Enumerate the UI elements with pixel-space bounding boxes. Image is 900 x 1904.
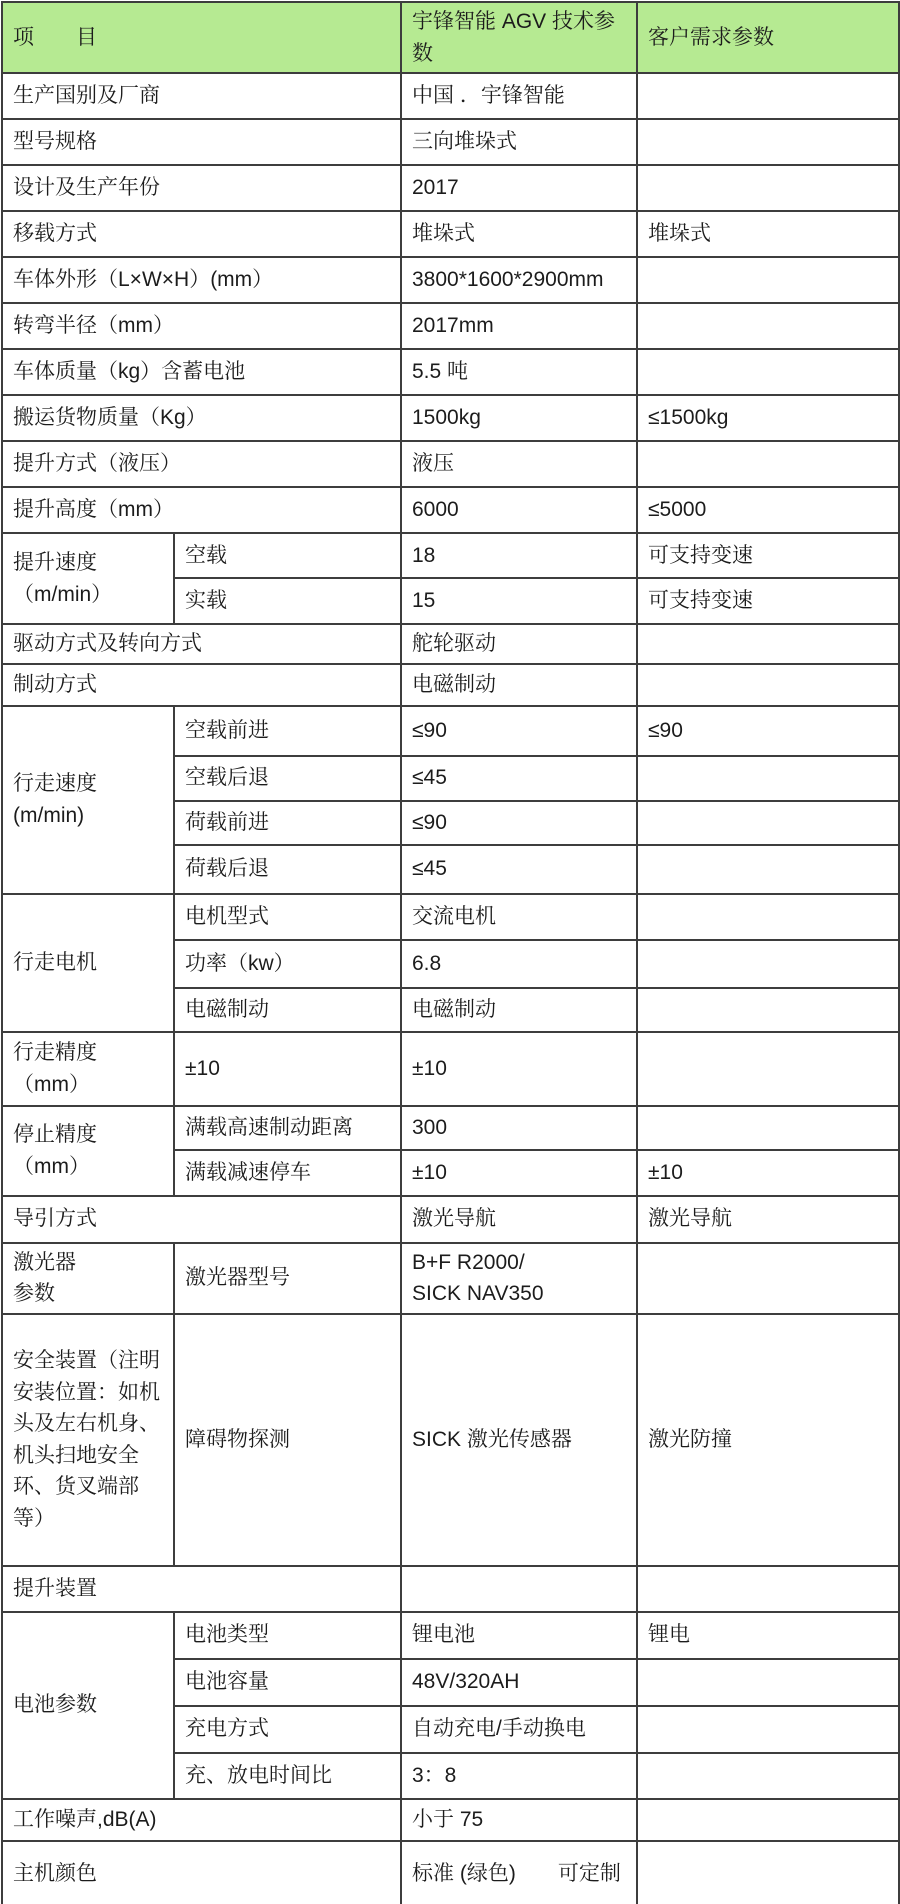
cell-customer-value (637, 441, 899, 487)
cell-sub-label: 满载高速制动距离 (174, 1106, 401, 1150)
cell-sub-label: 障碍物探测 (174, 1314, 401, 1566)
cell-customer-value: 激光导航 (637, 1196, 899, 1243)
cell-tech-value: 激光导航 (401, 1196, 637, 1243)
cell-tech-value: 中国 ．宇锋智能 (401, 73, 637, 119)
cell-tech-value: 6000 (401, 487, 637, 533)
cell-customer-value (637, 1032, 899, 1106)
row-year: 设计及生产年份 2017 (2, 165, 899, 211)
cell-tech-value: SICK 激光传感器 (401, 1314, 637, 1566)
cell-customer-value (637, 165, 899, 211)
cell-label: 转弯半径（mm） (2, 303, 401, 349)
cell-group-label: 行走电机 (2, 894, 174, 1032)
row-laser: 激光器 参数 激光器型号 B+F R2000/ SICK NAV350 (2, 1243, 899, 1314)
cell-tech-value: 300 (401, 1106, 637, 1150)
row-travel-accuracy: 行走精度 （mm） ±10 ±10 (2, 1032, 899, 1106)
row-lift-speed-empty: 提升速度 （m/min） 空载 18 可支持变速 (2, 533, 899, 578)
cell-sub-label: 荷载前进 (174, 801, 401, 845)
row-stop-accuracy-1: 停止精度 （mm） 满载高速制动距离 300 (2, 1106, 899, 1150)
row-safety: 安全装置（注明安装位置：如机头及左右机身、机头扫地安全环、货叉端部等） 障碍物探… (2, 1314, 899, 1566)
cell-customer-value: 激光防撞 (637, 1314, 899, 1566)
cell-group-label: 激光器 参数 (2, 1243, 174, 1314)
header-cell-customer: 客户需求参数 (637, 2, 899, 73)
cell-tech-value: 3800*1600*2900mm (401, 257, 637, 303)
cell-customer-value: 堆垛式 (637, 211, 899, 257)
cell-customer-value: 可支持变速 (637, 533, 899, 578)
row-origin: 生产国别及厂商 中国 ．宇锋智能 (2, 73, 899, 119)
cell-customer-value (637, 624, 899, 664)
row-model: 型号规格 三向堆垛式 (2, 119, 899, 165)
cell-sub-label: 电池类型 (174, 1612, 401, 1659)
row-body-weight: 车体质量（kg）含蓄电池 5.5 吨 (2, 349, 899, 395)
row-body-size: 车体外形（L×W×H）(mm） 3800*1600*2900mm (2, 257, 899, 303)
cell-tech-value: 3：8 (401, 1753, 637, 1799)
cell-tech-value: 自动充电/手动换电 (401, 1706, 637, 1753)
row-drive: 驱动方式及转向方式 舵轮驱动 (2, 624, 899, 664)
cell-customer-value (637, 1566, 899, 1612)
cell-label: 型号规格 (2, 119, 401, 165)
cell-tech-value: 液压 (401, 441, 637, 487)
cell-sub-label: 充、放电时间比 (174, 1753, 401, 1799)
cell-customer-value: ±10 (637, 1150, 899, 1196)
row-travel-speed-1: 行走速度 (m/min) 空载前进 ≤90 ≤90 (2, 706, 899, 756)
cell-sub-label: 充电方式 (174, 1706, 401, 1753)
cell-customer-value: ≤5000 (637, 487, 899, 533)
cell-customer-value (637, 940, 899, 988)
cell-customer-value (637, 119, 899, 165)
cell-tech-value: 锂电池 (401, 1612, 637, 1659)
cell-group-label: 电池参数 (2, 1612, 174, 1799)
cell-label: 主机颜色 (2, 1841, 401, 1904)
cell-label: 搬运货物质量（Kg） (2, 395, 401, 441)
cell-customer-value (637, 1243, 899, 1314)
cell-tech-value: 舵轮驱动 (401, 624, 637, 664)
cell-customer-value (637, 73, 899, 119)
cell-sub-label: 电机型式 (174, 894, 401, 940)
cell-tech-value: 15 (401, 578, 637, 624)
cell-sub-label: 空载后退 (174, 756, 401, 801)
cell-sub-label: 空载 (174, 533, 401, 578)
row-motor-type: 行走电机 电机型式 交流电机 (2, 894, 899, 940)
cell-customer-value (637, 1659, 899, 1706)
cell-label: 车体质量（kg）含蓄电池 (2, 349, 401, 395)
cell-tech-value: 电磁制动 (401, 664, 637, 706)
cell-tech-value: ≤90 (401, 801, 637, 845)
cell-tech-value: 2017mm (401, 303, 637, 349)
cell-tech-value: 6.8 (401, 940, 637, 988)
cell-group-label: 行走精度 （mm） (2, 1032, 174, 1106)
cell-customer-value: 锂电 (637, 1612, 899, 1659)
cell-label: 驱动方式及转向方式 (2, 624, 401, 664)
cell-sub-label: 激光器型号 (174, 1243, 401, 1314)
row-guidance: 导引方式 激光导航 激光导航 (2, 1196, 899, 1243)
cell-customer-value (637, 1106, 899, 1150)
cell-label: 工作噪声,dB(A) (2, 1799, 401, 1841)
cell-tech-value: 18 (401, 533, 637, 578)
cell-label: 生产国别及厂商 (2, 73, 401, 119)
cell-customer-value (637, 845, 899, 894)
cell-label: 提升方式（液压） (2, 441, 401, 487)
cell-customer-value (637, 664, 899, 706)
cell-sub-label: 满载减速停车 (174, 1150, 401, 1196)
cell-tech-value: 堆垛式 (401, 211, 637, 257)
cell-tech-value: 标准 (绿色) 可定制 (401, 1841, 637, 1904)
cell-group-label: 停止精度 （mm） (2, 1106, 174, 1196)
cell-label: 导引方式 (2, 1196, 401, 1243)
cell-group-label: 安全装置（注明安装位置：如机头及左右机身、机头扫地安全环、货叉端部等） (2, 1314, 174, 1566)
cell-sub-label: 功率（kw） (174, 940, 401, 988)
cell-tech-value (401, 1566, 637, 1612)
cell-tech-value: 48V/320AH (401, 1659, 637, 1706)
cell-tech-value: 三向堆垛式 (401, 119, 637, 165)
cell-label: 制动方式 (2, 664, 401, 706)
cell-customer-value: 可支持变速 (637, 578, 899, 624)
row-color: 主机颜色 标准 (绿色) 可定制 (2, 1841, 899, 1904)
cell-customer-value (637, 988, 899, 1032)
cell-tech-value: 交流电机 (401, 894, 637, 940)
spec-table: 项 目 宇锋智能 AGV 技术参数 客户需求参数 生产国别及厂商 中国 ．宇锋智… (1, 1, 900, 1904)
cell-customer-value (637, 1841, 899, 1904)
header-cell-item: 项 目 (2, 2, 401, 73)
cell-customer-value (637, 1706, 899, 1753)
cell-customer-value (637, 257, 899, 303)
header-row: 项 目 宇锋智能 AGV 技术参数 客户需求参数 (2, 2, 899, 73)
row-transfer-mode: 移载方式 堆垛式 堆垛式 (2, 211, 899, 257)
cell-label: 设计及生产年份 (2, 165, 401, 211)
cell-tech-value: ≤45 (401, 756, 637, 801)
row-battery-type: 电池参数 电池类型 锂电池 锂电 (2, 1612, 899, 1659)
cell-sub-label: 电池容量 (174, 1659, 401, 1706)
cell-sub-label: 实载 (174, 578, 401, 624)
cell-sub-label: 电磁制动 (174, 988, 401, 1032)
row-lift-mode: 提升方式（液压） 液压 (2, 441, 899, 487)
cell-tech-value: 小于 75 (401, 1799, 637, 1841)
row-load-weight: 搬运货物质量（Kg） 1500kg ≤1500kg (2, 395, 899, 441)
cell-customer-value (637, 894, 899, 940)
row-noise: 工作噪声,dB(A) 小于 75 (2, 1799, 899, 1841)
row-turn-radius: 转弯半径（mm） 2017mm (2, 303, 899, 349)
cell-label: 车体外形（L×W×H）(mm） (2, 257, 401, 303)
cell-tech-value: ≤45 (401, 845, 637, 894)
cell-sub-label: 荷载后退 (174, 845, 401, 894)
cell-tech-value: 5.5 吨 (401, 349, 637, 395)
row-lift-device: 提升装置 (2, 1566, 899, 1612)
cell-tech-value: ±10 (401, 1150, 637, 1196)
cell-group-label: 提升速度 （m/min） (2, 533, 174, 624)
cell-customer-value (637, 303, 899, 349)
cell-customer-value (637, 1799, 899, 1841)
cell-label: 提升装置 (2, 1566, 401, 1612)
cell-customer-value (637, 801, 899, 845)
cell-tech-value: 2017 (401, 165, 637, 211)
cell-label: 提升高度（mm） (2, 487, 401, 533)
row-lift-height: 提升高度（mm） 6000 ≤5000 (2, 487, 899, 533)
cell-tech-value: 1500kg (401, 395, 637, 441)
cell-label: 移载方式 (2, 211, 401, 257)
cell-sub-label: 空载前进 (174, 706, 401, 756)
cell-customer-value (637, 756, 899, 801)
cell-customer-value (637, 1753, 899, 1799)
cell-group-label: 行走速度 (m/min) (2, 706, 174, 894)
cell-tech-value: ≤90 (401, 706, 637, 756)
cell-sub-value: ±10 (174, 1032, 401, 1106)
cell-tech-value: 电磁制动 (401, 988, 637, 1032)
row-brake: 制动方式 电磁制动 (2, 664, 899, 706)
cell-customer-value: ≤90 (637, 706, 899, 756)
header-cell-tech: 宇锋智能 AGV 技术参数 (401, 2, 637, 73)
cell-tech-value: ±10 (401, 1032, 637, 1106)
cell-customer-value: ≤1500kg (637, 395, 899, 441)
cell-customer-value (637, 349, 899, 395)
cell-tech-value: B+F R2000/ SICK NAV350 (401, 1243, 637, 1314)
